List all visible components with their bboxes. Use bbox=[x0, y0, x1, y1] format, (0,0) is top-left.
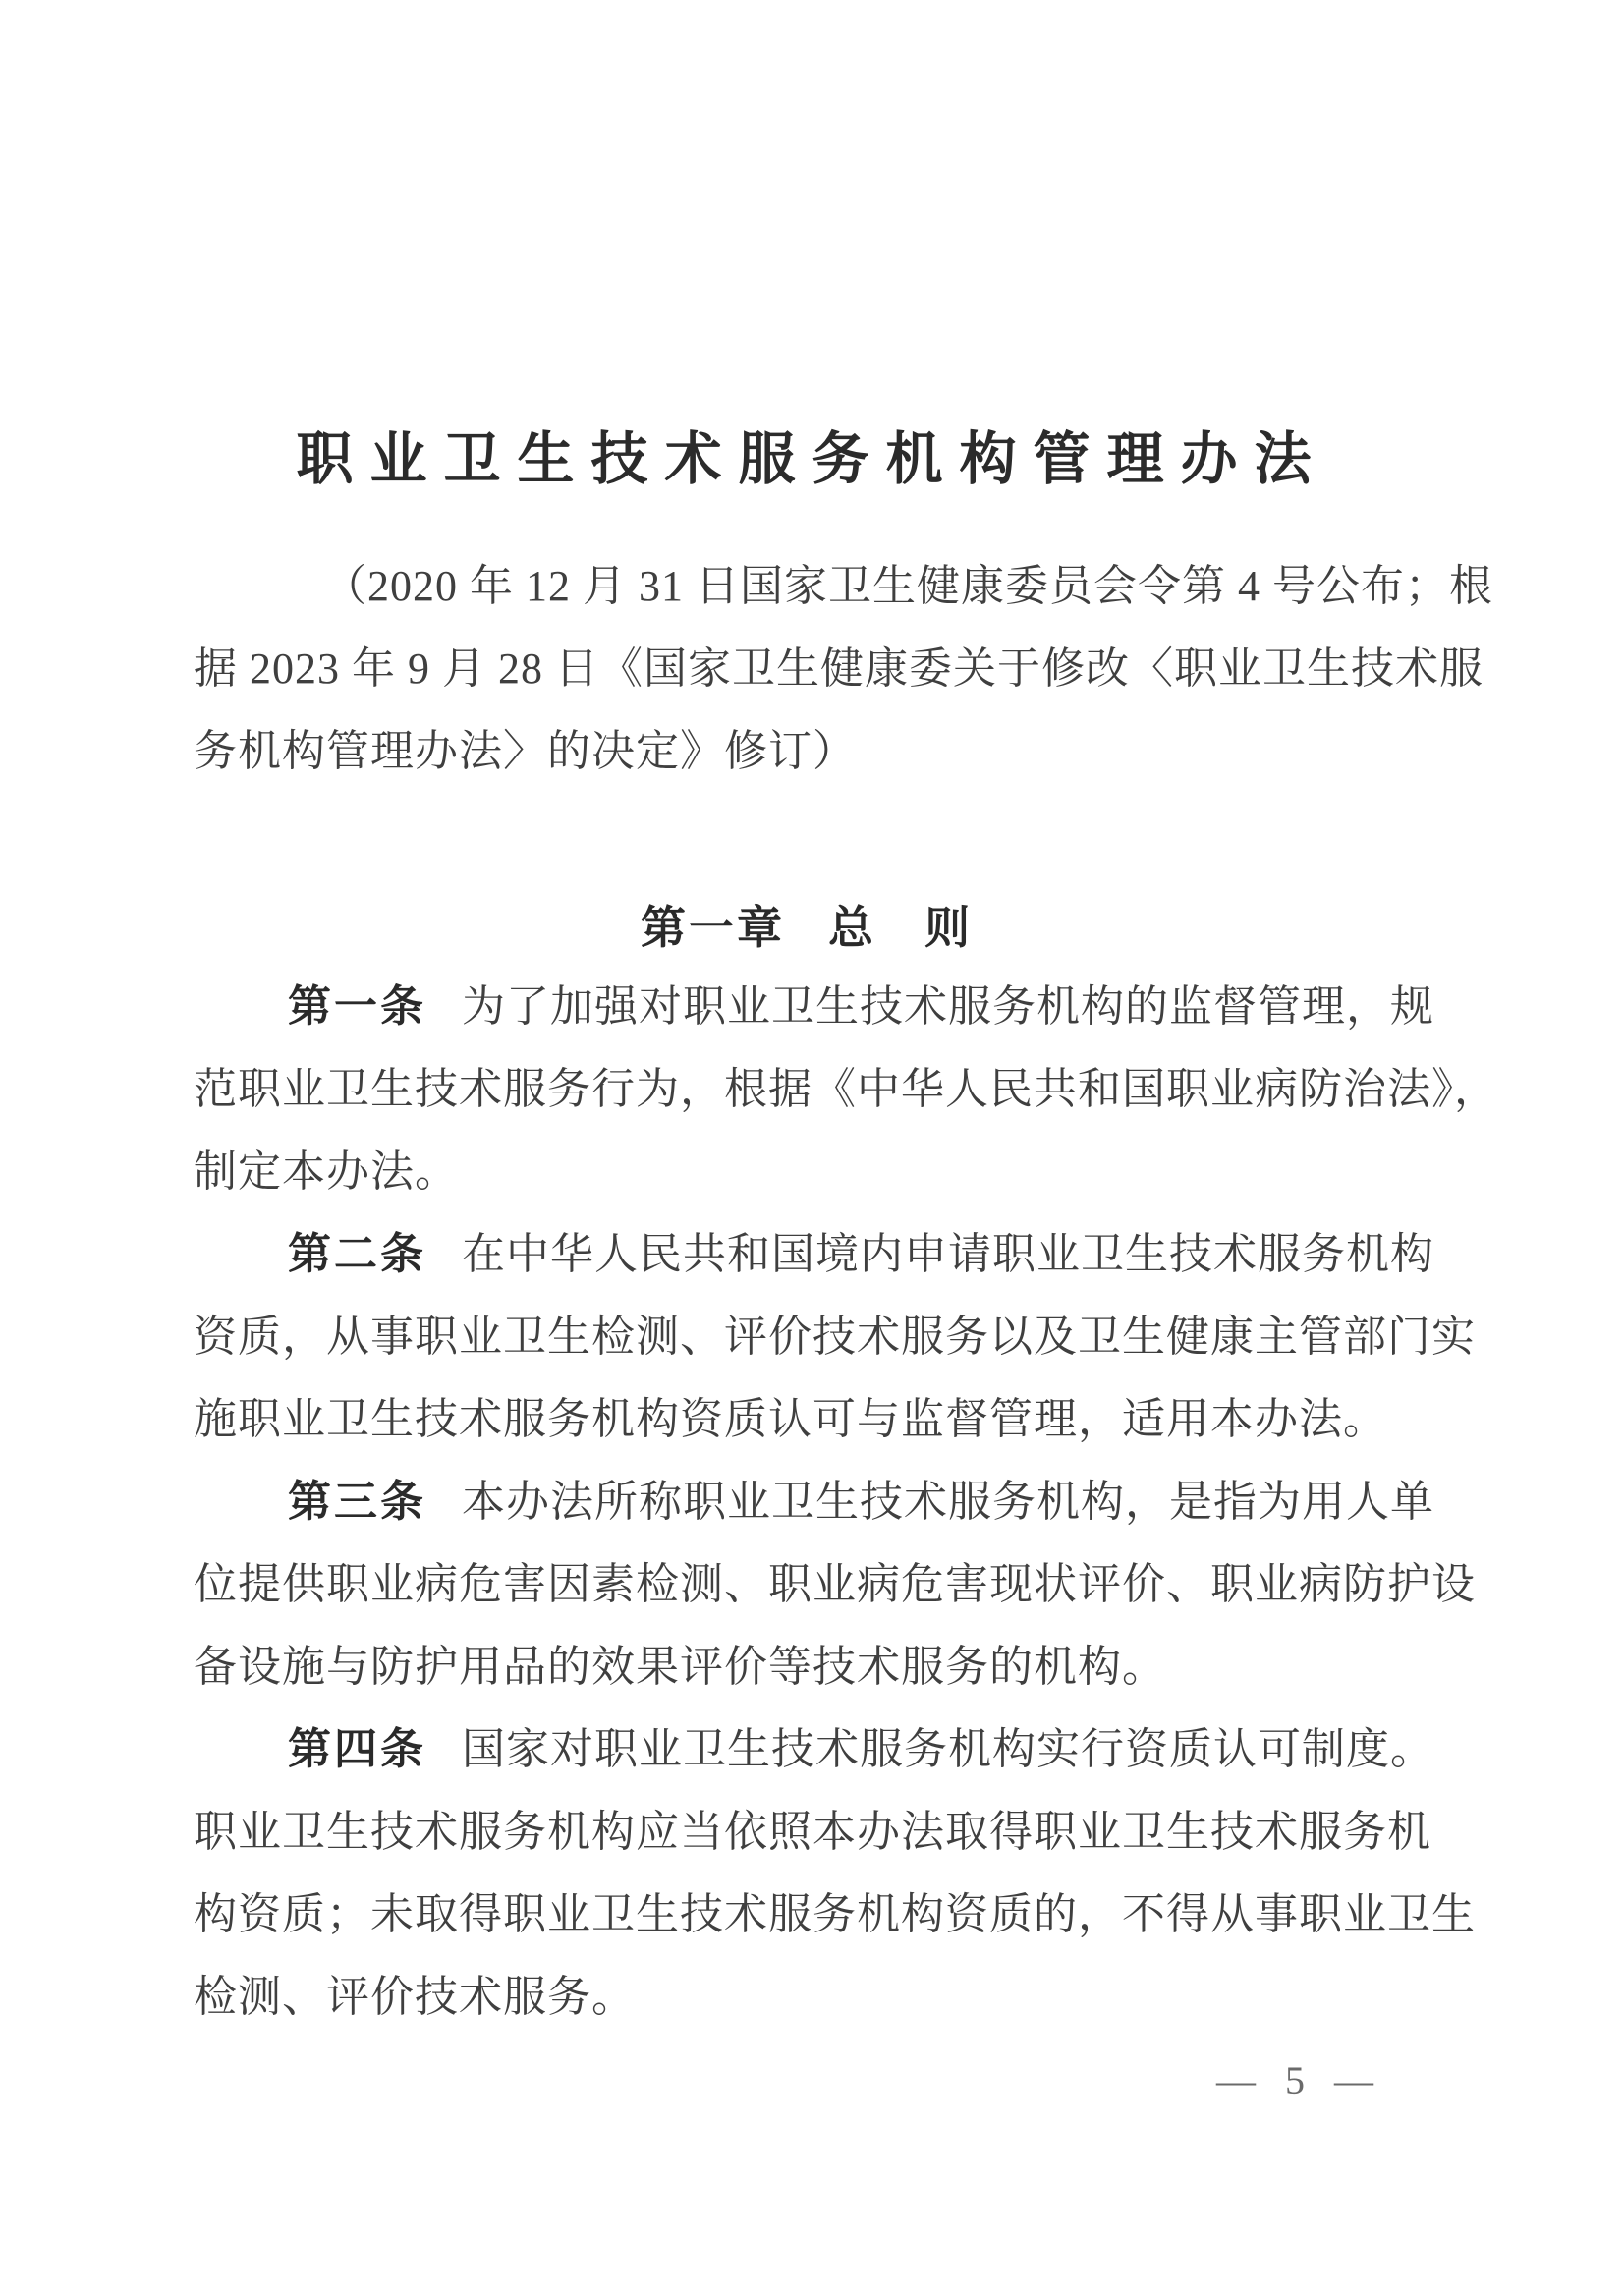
preamble-line: 据 2023 年 9 月 28 日《国家卫生健康委关于修改〈职业卫生技术服 bbox=[194, 644, 1441, 693]
document-page: 职业卫生技术服务机构管理办法 （2020 年 12 月 31 日国家卫生健康委员… bbox=[0, 0, 1624, 2295]
article-line: 制定本办法。 bbox=[194, 1147, 1441, 1196]
preamble-line: （2020 年 12 月 31 日国家卫生健康委员会令第 4 号公布；根 bbox=[194, 562, 1571, 610]
document-title: 职业卫生技术服务机构管理办法 bbox=[0, 413, 1624, 495]
article-line: 第四条国家对职业卫生技术服务机构实行资质认可制度。 bbox=[194, 1725, 1536, 1773]
article-line: 第一条为了加强对职业卫生技术服务机构的监督管理，规 bbox=[194, 982, 1536, 1031]
article-line: 位提供职业病危害因素检测、职业病危害现状评价、职业病防护设 bbox=[194, 1560, 1441, 1608]
article-line: 范职业卫生技术服务行为，根据《中华人民共和国职业病防治法》， bbox=[194, 1065, 1441, 1113]
article-line: 职业卫生技术服务机构应当依照本办法取得职业卫生技术服务机 bbox=[194, 1808, 1441, 1856]
article-line: 第二条在中华人民共和国境内申请职业卫生技术服务机构 bbox=[194, 1230, 1536, 1278]
article-number-bold: 第四条 bbox=[288, 1725, 426, 1773]
chapter-title: 总 则 bbox=[828, 903, 973, 953]
article-line: 构资质；未取得职业卫生技术服务机构资质的，不得从事职业卫生 bbox=[194, 1890, 1441, 1938]
article-text: 国家对职业卫生技术服务机构实行资质认可制度。 bbox=[462, 1725, 1434, 1773]
article-number-bold: 第一条 bbox=[288, 982, 426, 1031]
preamble-line: 务机构管理办法〉的决定》修订） bbox=[194, 727, 1441, 775]
article-text: 在中华人民共和国境内申请职业卫生技术服务机构 bbox=[462, 1230, 1434, 1278]
article-line: 第三条本办法所称职业卫生技术服务机构，是指为用人单 bbox=[194, 1478, 1536, 1526]
article-line: 检测、评价技术服务。 bbox=[194, 1973, 1441, 2021]
article-line: 施职业卫生技术服务机构资质认可与监督管理，适用本办法。 bbox=[194, 1395, 1441, 1443]
article-text: 本办法所称职业卫生技术服务机构，是指为用人单 bbox=[462, 1478, 1434, 1526]
article-number-bold: 第三条 bbox=[288, 1478, 426, 1526]
article-number-bold: 第二条 bbox=[288, 1230, 426, 1278]
article-line: 资质，从事职业卫生检测、评价技术服务以及卫生健康主管部门实 bbox=[194, 1313, 1441, 1361]
article-line: 备设施与防护用品的效果评价等技术服务的机构。 bbox=[194, 1643, 1441, 1691]
chapter-heading: 第一章总 则 bbox=[194, 892, 1420, 957]
page-number: — 5 — bbox=[1216, 2057, 1383, 2103]
chapter-number: 第一章 bbox=[641, 903, 785, 953]
article-text: 为了加强对职业卫生技术服务机构的监督管理，规 bbox=[462, 982, 1434, 1031]
